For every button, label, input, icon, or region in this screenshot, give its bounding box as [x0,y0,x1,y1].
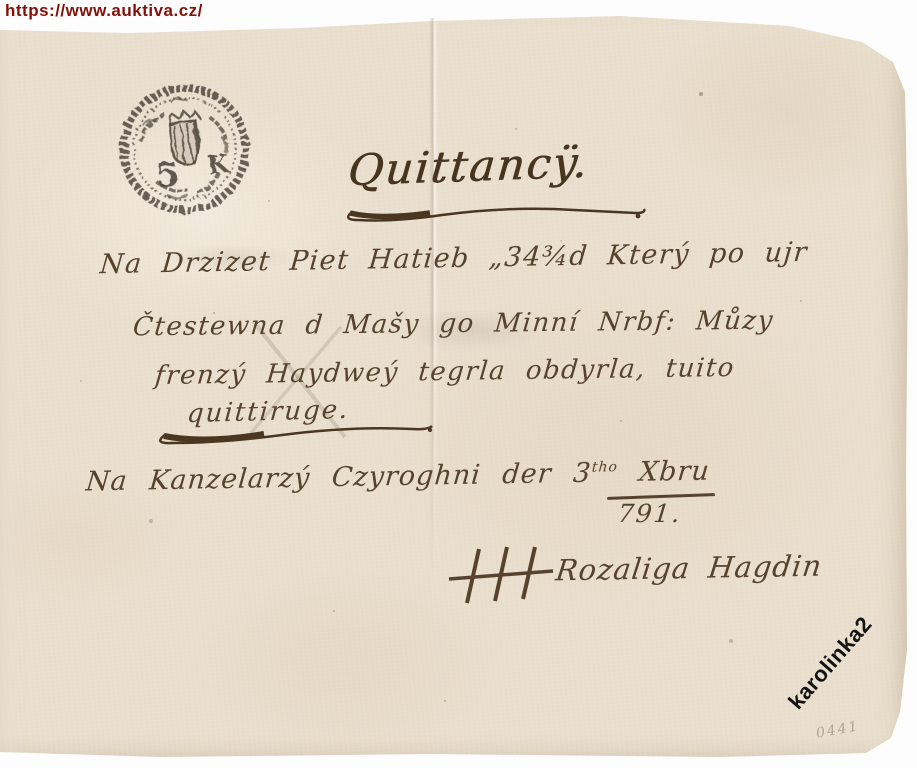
auction-url-watermark: https://www.auktiva.cz/ [5,1,203,21]
body-line-4: quittiruge. [186,395,351,429]
signature-name: Rozaliga Hagdin [554,549,824,588]
stamp-denomination: 5 [153,154,181,197]
date-day: 3 [572,458,593,489]
scanned-document-page: 5 K Quittancÿ. Na Drzizet Piet Hatieb „3… [0,0,917,768]
revenue-stamp: 5 K [108,72,262,231]
revenue-stamp-seal-icon: 5 K [108,72,262,226]
stamp-currency: K [206,149,231,180]
date-day-suffix: tho [591,459,618,475]
date-year: 791. [616,499,683,528]
fold-crease [429,18,438,578]
paper-specks [0,0,2,2]
date-month: Xbru [638,456,712,488]
document-title: Quittancÿ. [346,138,591,197]
signature-cross-marks [445,545,560,607]
title-flourish-underline [338,196,648,224]
